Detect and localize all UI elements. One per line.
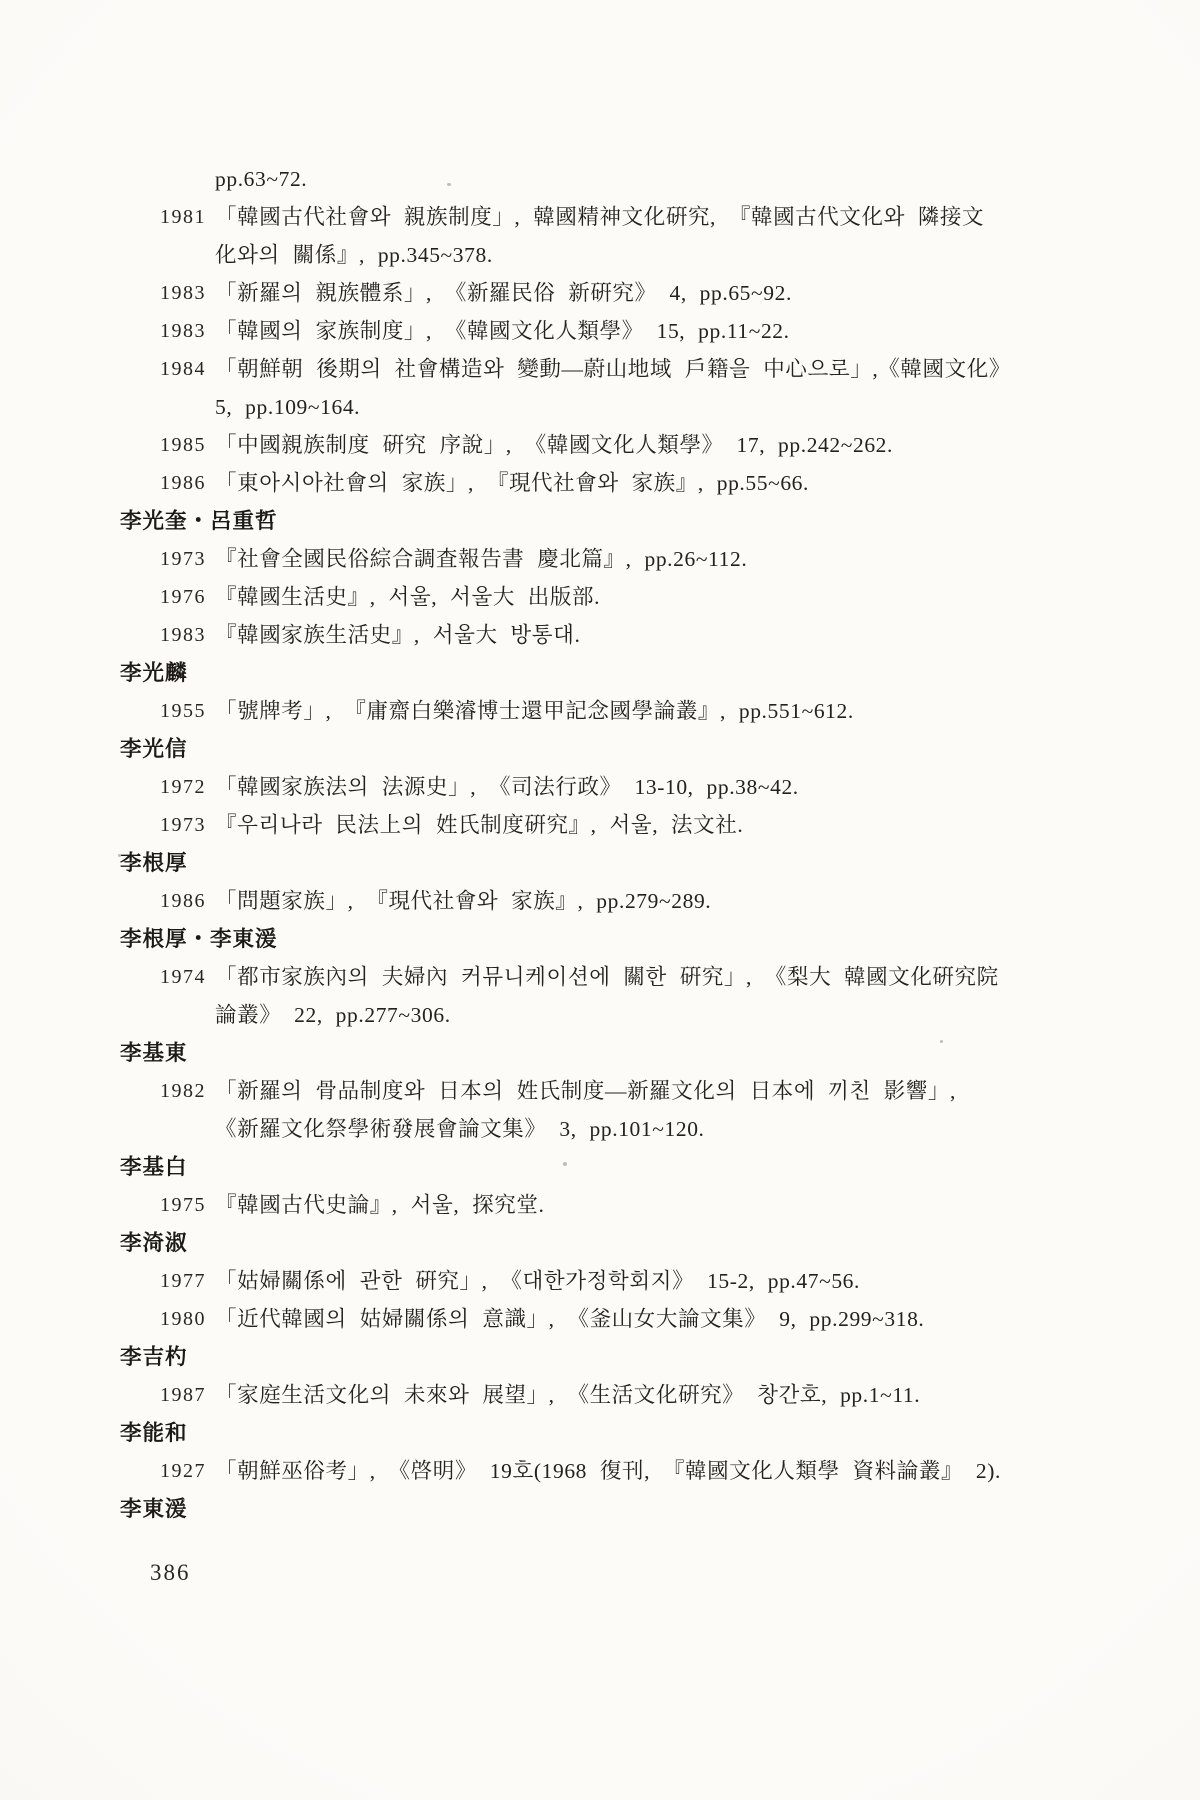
entry-year: 1985 [160, 426, 215, 464]
entry-first-line: 1927「朝鮮巫俗考」, 《啓明》 19호(1968 復刊, 『韓國文化人類學 … [120, 1452, 1080, 1490]
entry-year: 1983 [160, 616, 215, 654]
bibliography-entry: 1973『社會全國民俗綜合調査報告書 慶北篇』, pp.26~112. [120, 540, 1080, 578]
entry-first-line: 1986「問題家族」, 『現代社會와 家族』, pp.279~289. [120, 882, 1080, 920]
entry-text: 「新羅의 親族體系」, 《新羅民俗 新硏究》 4, pp.65~92. [215, 281, 792, 305]
entry-first-line: 1984「朝鮮朝 後期의 社會構造와 變動—蔚山地域 戶籍을 中心으로」,《韓國… [120, 350, 1080, 388]
entry-first-line: 1987「家庭生活文化의 未來와 展望」, 《生活文化硏究》 창간호, pp.1… [120, 1376, 1080, 1414]
bibliography-entry: 1977「姑婦關係에 관한 硏究」, 《대한가정학회지》 15-2, pp.47… [120, 1262, 1080, 1300]
entry-first-line: 1972「韓國家族法의 法源史」, 《司法行政》 13-10, pp.38~42… [120, 768, 1080, 806]
entry-text: 「韓國家族法의 法源史」, 《司法行政》 13-10, pp.38~42. [215, 775, 799, 799]
entry-year: 1975 [160, 1186, 215, 1224]
entry-text: 「中國親族制度 硏究 序說」, 《韓國文化人類學》 17, pp.242~262… [215, 433, 893, 457]
entry-text: 「韓國古代社會와 親族制度」, 韓國精神文化硏究, 『韓國古代文化와 隣接文 [215, 205, 984, 229]
bibliography-entry: 1985「中國親族制度 硏究 序說」, 《韓國文化人類學》 17, pp.242… [120, 426, 1080, 464]
entry-year: 1976 [160, 578, 215, 616]
entry-first-line: 1980「近代韓國의 姑婦關係의 意識」, 《釜山女大論文集》 9, pp.29… [120, 1300, 1080, 1338]
entry-year: 1974 [160, 958, 215, 996]
bibliography-section: 李光奎・呂重哲1973『社會全國民俗綜合調査報告書 慶北篇』, pp.26~11… [120, 502, 1080, 654]
bibliography-entry: 1976『韓國生活史』, 서울, 서울大 出版部. [120, 578, 1080, 616]
bibliography-entry: 1987「家庭生活文化의 未來와 展望」, 《生活文化硏究》 창간호, pp.1… [120, 1376, 1080, 1414]
entry-year: 1984 [160, 350, 215, 388]
bibliography-section: 李基白1975『韓國古代史論』, 서울, 探究堂. [120, 1148, 1080, 1224]
entry-text: 「問題家族」, 『現代社會와 家族』, pp.279~289. [215, 889, 711, 913]
bibliography-section: 李能和1927「朝鮮巫俗考」, 《啓明》 19호(1968 復刊, 『韓國文化人… [120, 1414, 1080, 1490]
scan-speck [563, 1162, 567, 1166]
entry-year: 1955 [160, 692, 215, 730]
bibliography-entry: 1983『韓國家族生活史』, 서울大 방통대. [120, 616, 1080, 654]
entry-continuation-line: 《新羅文化祭學術發展會論文集》 3, pp.101~120. [120, 1110, 1080, 1148]
scan-speck [940, 1040, 943, 1043]
entry-year: 1983 [160, 312, 215, 350]
author-heading: 李東湲 [120, 1490, 1080, 1528]
entry-text: 「號牌考」, 『庸齋白樂濬博士還甲記念國學論叢』, pp.551~612. [215, 699, 854, 723]
entry-text: 「都市家族內의 夫婦內 커뮤니케이션에 關한 硏究」, 《梨大 韓國文化硏究院 [215, 965, 999, 989]
entry-year: 1980 [160, 1300, 215, 1338]
entry-text: pp.63~72. [215, 167, 307, 191]
author-heading: 李光信 [120, 730, 1080, 768]
bibliography-section: 李渏淑1977「姑婦關係에 관한 硏究」, 《대한가정학회지》 15-2, pp… [120, 1224, 1080, 1338]
entry-first-line: 1975『韓國古代史論』, 서울, 探究堂. [120, 1186, 1080, 1224]
entry-text: 「朝鮮朝 後期의 社會構造와 變動—蔚山地域 戶籍을 中心으로」,《韓國文化》 [215, 357, 1011, 381]
bibliography-entry: 1986「問題家族」, 『現代社會와 家族』, pp.279~289. [120, 882, 1080, 920]
entry-text: 「朝鮮巫俗考」, 《啓明》 19호(1968 復刊, 『韓國文化人類學 資料論叢… [215, 1459, 1001, 1483]
entry-text: 「新羅의 骨品制度와 日本의 姓氏制度—新羅文化의 日本에 끼친 影響」, [215, 1079, 956, 1103]
entry-first-line: 1986「東아시아社會의 家族」, 『現代社會와 家族』, pp.55~66. [120, 464, 1080, 502]
bibliography-entry: 1927「朝鮮巫俗考」, 《啓明》 19호(1968 復刊, 『韓國文化人類學 … [120, 1452, 1080, 1490]
entry-text: 《新羅文化祭學術發展會論文集》 3, pp.101~120. [215, 1117, 705, 1141]
author-heading: 李吉杓 [120, 1338, 1080, 1376]
bibliography-section: 李根厚1986「問題家族」, 『現代社會와 家族』, pp.279~289. [120, 844, 1080, 920]
entry-year: 1986 [160, 464, 215, 502]
scan-speck [118, 854, 121, 857]
entry-year: 1987 [160, 1376, 215, 1414]
bibliography-entry: 1983「新羅의 親族體系」, 《新羅民俗 新硏究》 4, pp.65~92. [120, 274, 1080, 312]
entry-text: 『社會全國民俗綜合調査報告書 慶北篇』, pp.26~112. [215, 547, 747, 571]
entry-text: 「姑婦關係에 관한 硏究」, 《대한가정학회지》 15-2, pp.47~56. [215, 1269, 860, 1293]
page-number: 386 [150, 1560, 191, 1586]
bibliography-entry: 1982「新羅의 骨品制度와 日本의 姓氏制度—新羅文化의 日本에 끼친 影響」… [120, 1072, 1080, 1148]
entry-text: 5, pp.109~164. [215, 395, 360, 419]
entry-year: 1983 [160, 274, 215, 312]
bibliography-entry: 1981「韓國古代社會와 親族制度」, 韓國精神文化硏究, 『韓國古代文化와 隣… [120, 198, 1080, 274]
entry-first-line: 1983『韓國家族生活史』, 서울大 방통대. [120, 616, 1080, 654]
author-heading: 李基東 [120, 1034, 1080, 1072]
entry-text: 論叢》 22, pp.277~306. [215, 1003, 451, 1027]
entry-continuation-line: pp.63~72. [120, 160, 1080, 198]
entry-year: 1973 [160, 540, 215, 578]
author-heading: 李基白 [120, 1148, 1080, 1186]
bibliography-section: 李基東1982「新羅의 骨品制度와 日本의 姓氏制度—新羅文化의 日本에 끼친 … [120, 1034, 1080, 1148]
entry-year: 1972 [160, 768, 215, 806]
entry-text: 『우리나라 民法上의 姓氏制度硏究』, 서울, 法文社. [215, 813, 743, 837]
entry-continuation-line: 化와의 關係』, pp.345~378. [120, 236, 1080, 274]
entry-first-line: 1974「都市家族內의 夫婦內 커뮤니케이션에 關한 硏究」, 《梨大 韓國文化… [120, 958, 1080, 996]
entry-first-line: 1983「新羅의 親族體系」, 《新羅民俗 新硏究》 4, pp.65~92. [120, 274, 1080, 312]
bibliography-entry: 1973『우리나라 民法上의 姓氏制度硏究』, 서울, 法文社. [120, 806, 1080, 844]
entry-first-line: 1981「韓國古代社會와 親族制度」, 韓國精神文化硏究, 『韓國古代文化와 隣… [120, 198, 1080, 236]
entry-year: 1982 [160, 1072, 215, 1110]
scan-speck [447, 183, 451, 186]
bibliography-entry: 1983「韓國의 家族制度」, 《韓國文化人類學》 15, pp.11~22. [120, 312, 1080, 350]
entry-first-line: 1982「新羅의 骨品制度와 日本의 姓氏制度—新羅文化의 日本에 끼친 影響」… [120, 1072, 1080, 1110]
author-heading: 李光奎・呂重哲 [120, 502, 1080, 540]
entry-year: 1977 [160, 1262, 215, 1300]
entry-year: 1981 [160, 198, 215, 236]
bibliography-section: 1981「韓國古代社會와 親族制度」, 韓國精神文化硏究, 『韓國古代文化와 隣… [120, 198, 1080, 502]
entry-first-line: 1973『社會全國民俗綜合調査報告書 慶北篇』, pp.26~112. [120, 540, 1080, 578]
entry-year: 1927 [160, 1452, 215, 1490]
entry-first-line: 1985「中國親族制度 硏究 序說」, 《韓國文化人類學》 17, pp.242… [120, 426, 1080, 464]
bibliography-entry: 1984「朝鮮朝 後期의 社會構造와 變動—蔚山地域 戶籍을 中心으로」,《韓國… [120, 350, 1080, 426]
bibliography-section: 李吉杓1987「家庭生活文化의 未來와 展望」, 《生活文化硏究》 창간호, p… [120, 1338, 1080, 1414]
entry-year: 1973 [160, 806, 215, 844]
author-heading: 李根厚 [120, 844, 1080, 882]
author-heading: 李能和 [120, 1414, 1080, 1452]
bibliography-entry: 1975『韓國古代史論』, 서울, 探究堂. [120, 1186, 1080, 1224]
bibliography-section: 李光麟1955「號牌考」, 『庸齋白樂濬博士還甲記念國學論叢』, pp.551~… [120, 654, 1080, 730]
entry-continuation-line: 5, pp.109~164. [120, 388, 1080, 426]
entry-first-line: 1983「韓國의 家族制度」, 《韓國文化人類學》 15, pp.11~22. [120, 312, 1080, 350]
entry-text: 『韓國古代史論』, 서울, 探究堂. [215, 1193, 544, 1217]
entry-text: 化와의 關係』, pp.345~378. [215, 243, 493, 267]
author-heading: 李根厚・李東湲 [120, 920, 1080, 958]
scanned-bibliography-page: pp.63~72.1981「韓國古代社會와 親族制度」, 韓國精神文化硏究, 『… [0, 0, 1200, 1800]
bibliography-entry: 1955「號牌考」, 『庸齋白樂濬博士還甲記念國學論叢』, pp.551~612… [120, 692, 1080, 730]
bibliography-entry: 1972「韓國家族法의 法源史」, 《司法行政》 13-10, pp.38~42… [120, 768, 1080, 806]
entry-text: 『韓國生活史』, 서울, 서울大 出版部. [215, 585, 600, 609]
bibliography-entry: 1986「東아시아社會의 家族」, 『現代社會와 家族』, pp.55~66. [120, 464, 1080, 502]
entry-first-line: 1976『韓國生活史』, 서울, 서울大 出版部. [120, 578, 1080, 616]
entry-text: 「家庭生活文化의 未來와 展望」, 《生活文化硏究》 창간호, pp.1~11. [215, 1383, 920, 1407]
bibliography-entry: 1974「都市家族內의 夫婦內 커뮤니케이션에 關한 硏究」, 《梨大 韓國文化… [120, 958, 1080, 1034]
entry-first-line: 1973『우리나라 民法上의 姓氏制度硏究』, 서울, 法文社. [120, 806, 1080, 844]
entry-continuation-line: 論叢》 22, pp.277~306. [120, 996, 1080, 1034]
bibliography-section: 李光信1972「韓國家族法의 法源史」, 《司法行政》 13-10, pp.38… [120, 730, 1080, 844]
author-heading: 李渏淑 [120, 1224, 1080, 1262]
entry-year: 1986 [160, 882, 215, 920]
entry-text: 「近代韓國의 姑婦關係의 意識」, 《釜山女大論文集》 9, pp.299~31… [215, 1307, 924, 1331]
bibliography: pp.63~72.1981「韓國古代社會와 親族制度」, 韓國精神文化硏究, 『… [120, 160, 1080, 1528]
author-heading: 李光麟 [120, 654, 1080, 692]
bibliography-entry: 1980「近代韓國의 姑婦關係의 意識」, 《釜山女大論文集》 9, pp.29… [120, 1300, 1080, 1338]
bibliography-section: 李根厚・李東湲1974「都市家族內의 夫婦內 커뮤니케이션에 關한 硏究」, 《… [120, 920, 1080, 1034]
entry-text: 「東아시아社會의 家族」, 『現代社會와 家族』, pp.55~66. [215, 471, 809, 495]
entry-text: 「韓國의 家族制度」, 《韓國文化人類學》 15, pp.11~22. [215, 319, 790, 343]
entry-first-line: 1955「號牌考」, 『庸齋白樂濬博士還甲記念國學論叢』, pp.551~612… [120, 692, 1080, 730]
entry-first-line: 1977「姑婦關係에 관한 硏究」, 《대한가정학회지》 15-2, pp.47… [120, 1262, 1080, 1300]
entry-text: 『韓國家族生活史』, 서울大 방통대. [215, 623, 581, 647]
bibliography-section: 李東湲 [120, 1490, 1080, 1528]
